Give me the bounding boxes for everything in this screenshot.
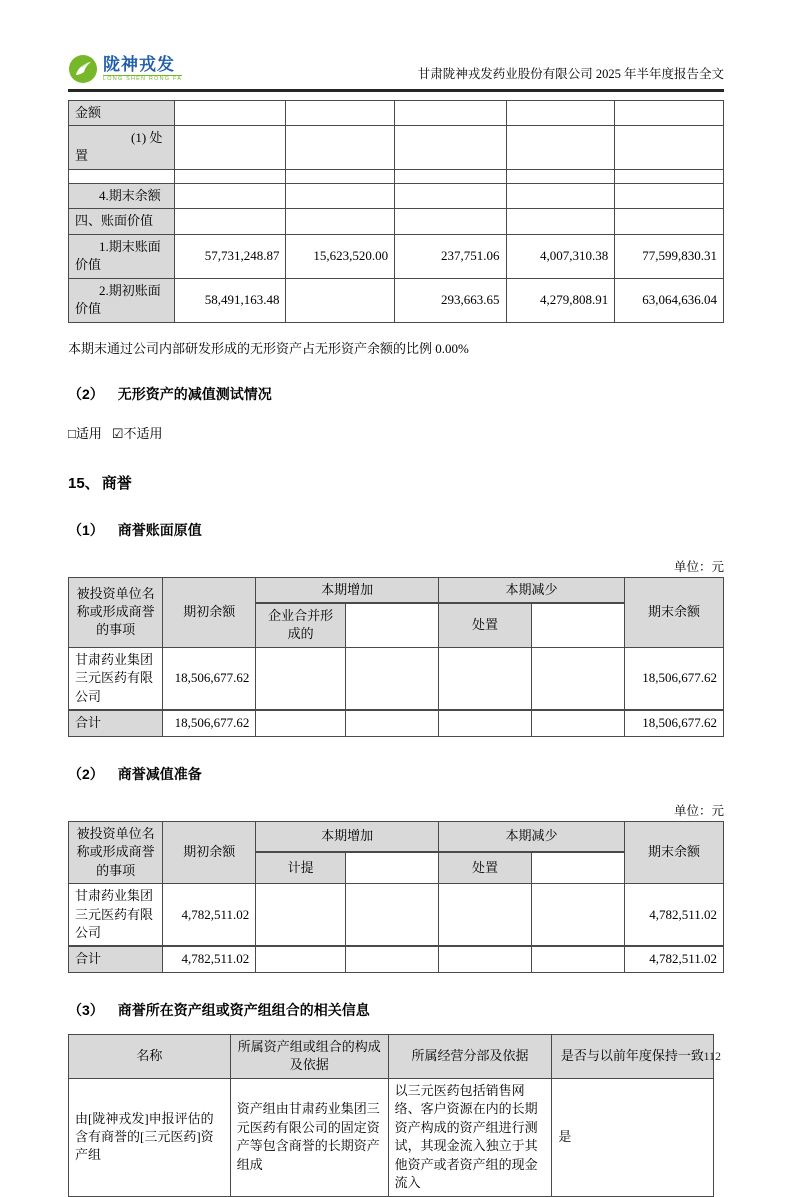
table-row: 被投资单位名称或形成商誉的事项 期初余额 本期增加 本期减少 期末余额	[69, 821, 724, 852]
col-subheader-business-combination: 企业合并形成的	[256, 603, 346, 647]
section-heading-goodwill-impairment: （2）商誉减值准备	[68, 764, 724, 784]
col-header-ending-balance: 期末余额	[625, 577, 724, 647]
empty-cell	[175, 183, 286, 208]
section-title: 商誉	[102, 475, 132, 492]
col-header-composition: 所属资产组或组合的构成及依据	[230, 1034, 388, 1078]
col-header-name: 被投资单位名称或形成商誉的事项	[69, 821, 163, 883]
value-cell: 63,064,636.04	[615, 278, 724, 322]
value-cell: 18,506,677.62	[625, 710, 724, 736]
empty-cell	[615, 209, 724, 234]
empty-cell	[175, 100, 286, 125]
section-title: 商誉所在资产组或资产组组合的相关信息	[118, 1002, 370, 1018]
empty-cell	[395, 125, 506, 169]
empty-cell	[286, 183, 395, 208]
empty-cell	[395, 209, 506, 234]
empty-cell	[286, 100, 395, 125]
logo-en-text: LONG SHEN RONG FA	[103, 75, 182, 83]
row-label-cell: 四、账面价值	[69, 209, 175, 234]
header-divider	[68, 89, 724, 92]
value-cell: 4,782,511.02	[625, 946, 724, 972]
col-header-segment: 所属经营分部及依据	[388, 1034, 552, 1078]
empty-cell	[346, 852, 439, 883]
asset-group-segment-cell: 以三元医药包括销售网络、客户资源在内的长期资产构成的资产组进行测试，其现金流入独…	[388, 1078, 552, 1196]
section-number: 15、	[68, 475, 100, 492]
row-label-cell: 2.期初账面价值	[69, 278, 175, 322]
table-row: 四、账面价值	[69, 209, 724, 234]
value-cell: 57,731,248.87	[175, 234, 286, 278]
section-heading-goodwill: 15、商誉	[68, 472, 724, 493]
empty-cell	[506, 183, 615, 208]
empty-cell	[395, 100, 506, 125]
empty-cell	[439, 946, 532, 972]
unit-label: 单位：元	[68, 801, 724, 819]
col-subheader-disposal: 处置	[439, 852, 532, 883]
section-number: （3）	[68, 1002, 104, 1018]
asset-group-composition-cell: 资产组由甘肃药业集团三元医药有限公司的固定资产等包含商誉的长期资产组成	[230, 1078, 388, 1196]
table-row: 由[陇神戎发]申报评估的含有商誉的[三元医药]资产组 资产组由甘肃药业集团三元医…	[69, 1078, 714, 1196]
table-row: 4.期末余额	[69, 183, 724, 208]
table-row: 金额	[69, 100, 724, 125]
goodwill-original-table: 被投资单位名称或形成商誉的事项 期初余额 本期增加 本期减少 期末余额 企业合并…	[68, 577, 724, 737]
col-header-consistency: 是否与以前年度保持一致	[552, 1034, 713, 1078]
table-row: 1.期末账面价值 57,731,248.87 15,623,520.00 237…	[69, 234, 724, 278]
row-label-cell: (1) 处置	[69, 125, 175, 169]
asset-group-consistency-cell: 是	[552, 1078, 713, 1196]
applicability-line: □适用☑不适用	[68, 423, 724, 442]
table-row: 名称 所属资产组或组合的构成及依据 所属经营分部及依据 是否与以前年度保持一致	[69, 1034, 714, 1078]
col-header-beginning-balance: 期初余额	[163, 821, 256, 883]
empty-cell	[532, 946, 625, 972]
value-cell: 58,491,163.48	[175, 278, 286, 322]
report-page: 陇神戎发 LONG SHEN RONG FA 甘肃陇神戎发药业股份有限公司 20…	[0, 0, 793, 1197]
empty-cell	[256, 946, 346, 972]
section-title: 无形资产的减值测试情况	[118, 386, 272, 402]
table-row: (1) 处置	[69, 125, 724, 169]
table-row: 2.期初账面价值 58,491,163.48 293,663.65 4,279,…	[69, 278, 724, 322]
col-header-name: 被投资单位名称或形成商誉的事项	[69, 577, 163, 647]
value-cell: 4,279,808.91	[506, 278, 615, 322]
empty-cell	[532, 710, 625, 736]
empty-cell	[615, 125, 724, 169]
value-cell: 4,782,511.02	[163, 884, 256, 947]
value-cell: 4,782,511.02	[163, 946, 256, 972]
empty-cell	[346, 884, 439, 947]
empty-cell	[532, 647, 625, 710]
table-row: 甘肃药业集团三元医药有限公司 18,506,677.62 18,506,677.…	[69, 647, 724, 710]
value-cell: 4,007,310.38	[506, 234, 615, 278]
empty-cell	[346, 946, 439, 972]
col-header-beginning-balance: 期初余额	[163, 577, 256, 647]
rd-ratio-note: 本期末通过公司内部研发形成的无形资产占无形资产余额的比例 0.00%	[68, 338, 724, 357]
empty-cell	[286, 125, 395, 169]
row-label-cell: 1.期末账面价值	[69, 234, 175, 278]
total-label-cell: 合计	[69, 946, 163, 972]
col-subheader-disposal: 处置	[439, 603, 532, 647]
empty-cell	[346, 710, 439, 736]
entity-name-cell: 甘肃药业集团三元医药有限公司	[69, 647, 163, 710]
empty-cell	[532, 852, 625, 883]
entity-name-cell: 甘肃药业集团三元医药有限公司	[69, 884, 163, 947]
empty-cell	[175, 125, 286, 169]
asset-group-table: 名称 所属资产组或组合的构成及依据 所属经营分部及依据 是否与以前年度保持一致 …	[68, 1034, 714, 1197]
col-subheader-provision: 计提	[256, 852, 346, 883]
table-row-total: 合计 4,782,511.02 4,782,511.02	[69, 946, 724, 972]
intangible-assets-table: 金额 (1) 处置 4.期末余额 四、账面价值 1.期末账面价值 57,731,…	[68, 100, 724, 323]
empty-cell	[286, 169, 395, 183]
table-row: 甘肃药业集团三元医药有限公司 4,782,511.02 4,782,511.02	[69, 884, 724, 947]
value-cell: 293,663.65	[395, 278, 506, 322]
section-title: 商誉减值准备	[118, 766, 202, 782]
checkbox-not-applicable: ☑不适用	[112, 426, 163, 441]
empty-cell	[439, 710, 532, 736]
empty-cell	[615, 100, 724, 125]
section-heading-asset-group: （3）商誉所在资产组或资产组组合的相关信息	[68, 1000, 724, 1020]
col-header-name: 名称	[69, 1034, 231, 1078]
empty-cell	[506, 100, 615, 125]
empty-cell	[439, 884, 532, 947]
empty-cell	[256, 710, 346, 736]
empty-cell	[532, 603, 625, 647]
value-cell: 237,751.06	[395, 234, 506, 278]
empty-cell	[506, 169, 615, 183]
page-header: 陇神戎发 LONG SHEN RONG FA 甘肃陇神戎发药业股份有限公司 20…	[68, 46, 724, 84]
section-title: 商誉账面原值	[118, 522, 202, 538]
empty-cell	[286, 278, 395, 322]
value-cell: 18,506,677.62	[163, 710, 256, 736]
value-cell: 18,506,677.62	[625, 647, 724, 710]
table-row	[69, 169, 724, 183]
col-header-decrease: 本期减少	[439, 821, 625, 852]
table-row: 被投资单位名称或形成商誉的事项 期初余额 本期增加 本期减少 期末余额	[69, 577, 724, 603]
empty-cell	[615, 169, 724, 183]
unit-label: 单位：元	[68, 557, 724, 575]
empty-cell	[256, 647, 346, 710]
row-label-cell: 金额	[69, 100, 175, 125]
empty-cell	[69, 169, 175, 183]
empty-cell	[175, 209, 286, 234]
empty-cell	[615, 183, 724, 208]
col-header-decrease: 本期减少	[439, 577, 625, 603]
value-cell: 4,782,511.02	[625, 884, 724, 947]
goodwill-impairment-table: 被投资单位名称或形成商誉的事项 期初余额 本期增加 本期减少 期末余额 计提 处…	[68, 821, 724, 973]
company-logo: 陇神戎发 LONG SHEN RONG FA	[68, 54, 182, 84]
empty-cell	[506, 209, 615, 234]
row-label-cell: 4.期末余额	[69, 183, 175, 208]
empty-cell	[175, 169, 286, 183]
section-heading-goodwill-original: （1）商誉账面原值	[68, 520, 724, 540]
page-number: 112	[703, 1049, 721, 1064]
checkbox-applicable: □适用	[68, 426, 102, 441]
empty-cell	[346, 647, 439, 710]
logo-icon	[68, 54, 98, 84]
empty-cell	[286, 209, 395, 234]
empty-cell	[506, 125, 615, 169]
empty-cell	[395, 169, 506, 183]
col-header-increase: 本期增加	[256, 821, 439, 852]
empty-cell	[395, 183, 506, 208]
table-row-total: 合计 18,506,677.62 18,506,677.62	[69, 710, 724, 736]
value-cell: 77,599,830.31	[615, 234, 724, 278]
asset-group-name-cell: 由[陇神戎发]申报评估的含有商誉的[三元医药]资产组	[69, 1078, 231, 1196]
empty-cell	[532, 884, 625, 947]
logo-cn-text: 陇神戎发	[103, 56, 182, 73]
col-header-increase: 本期增加	[256, 577, 439, 603]
value-cell: 18,506,677.62	[163, 647, 256, 710]
empty-cell	[439, 647, 532, 710]
empty-cell	[346, 603, 439, 647]
section-number: （2）	[68, 766, 104, 782]
value-cell: 15,623,520.00	[286, 234, 395, 278]
total-label-cell: 合计	[69, 710, 163, 736]
empty-cell	[256, 884, 346, 947]
section-heading-impairment-test: （2）无形资产的减值测试情况	[68, 384, 724, 404]
section-number: （1）	[68, 522, 104, 538]
section-number: （2）	[68, 386, 104, 402]
report-title: 甘肃陇神戎发药业股份有限公司 2025 年半年度报告全文	[418, 64, 724, 84]
col-header-ending-balance: 期末余额	[625, 821, 724, 883]
